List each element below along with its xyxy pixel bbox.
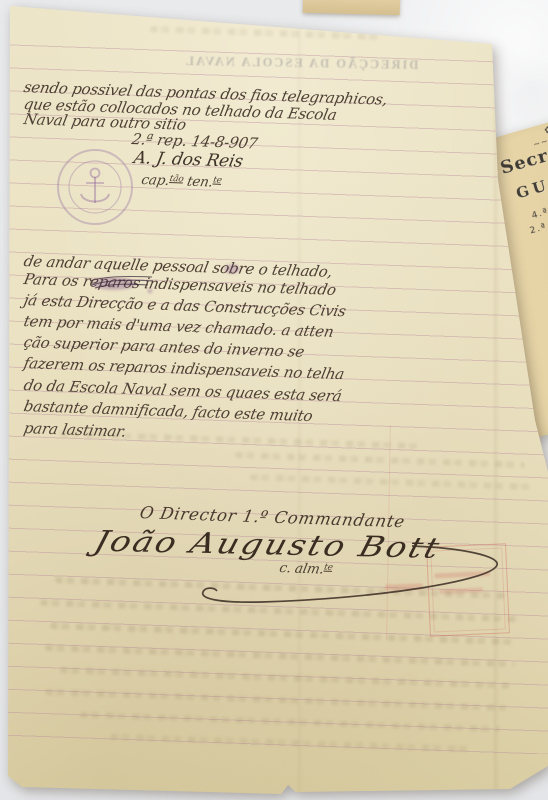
manuscript-page: DIRECÇÃO DA ESCOLA NAVAL sendo — [0, 0, 548, 800]
violet-round-stamp — [58, 150, 132, 224]
scanned-document-photo: ✿ ∼∼∼∼∼ Secretaria D'A GUERRA ∼∼✳∼∼ 4.ª … — [0, 0, 548, 800]
anchor-icon — [81, 169, 109, 204]
ink-marks-overlay — [0, 0, 548, 800]
purple-ink-blots — [92, 264, 240, 294]
manuscript-page-layer: DIRECÇÃO DA ESCOLA NAVAL sendo — [0, 0, 548, 800]
signature-flourish — [203, 546, 497, 602]
